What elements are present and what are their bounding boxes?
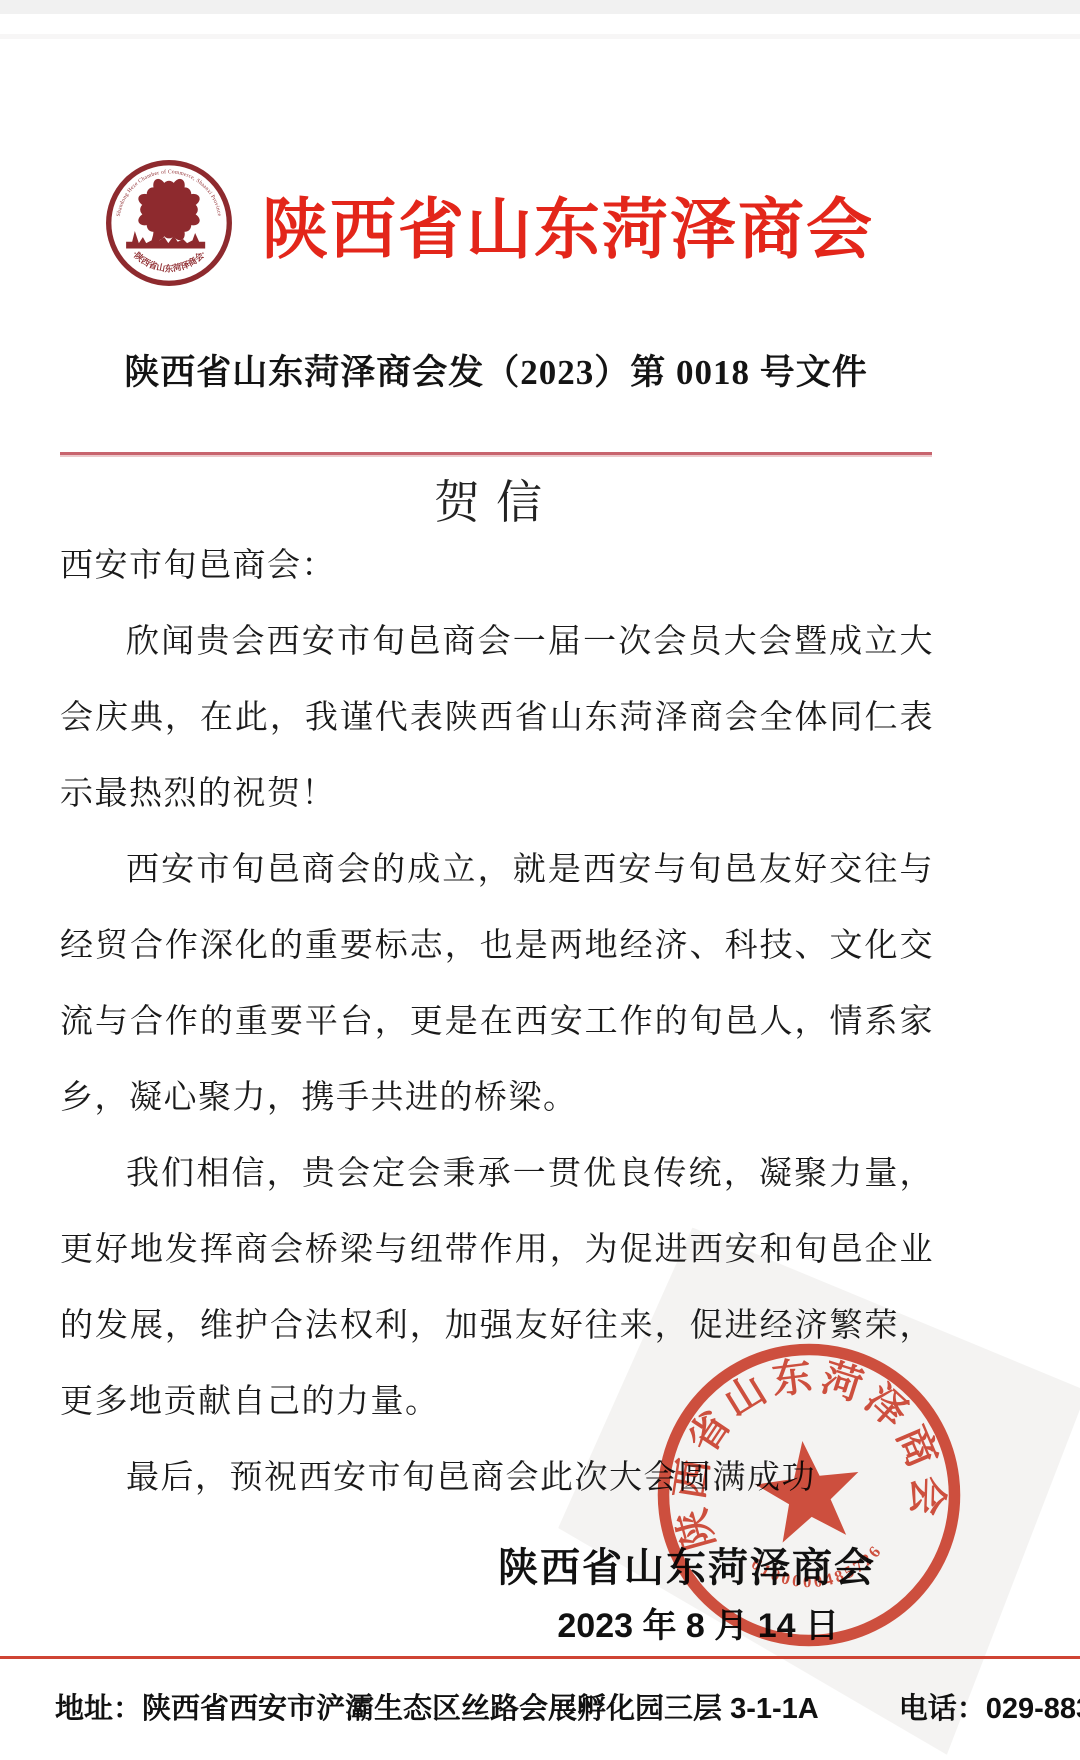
red-divider-top — [60, 452, 932, 455]
letter-page: { "logo": { "arc_text_en": "Shandong Hez… — [0, 0, 1080, 1760]
footer-phone: 电话：029-88353519 — [899, 1686, 1080, 1727]
paragraph-1: 欣闻贵会西安市旬邑商会一届一次会员大会暨成立大会庆典，在此，我谨代表陕西省山东菏… — [60, 604, 934, 832]
red-divider-bottom — [0, 1656, 1080, 1659]
salutation: 西安市旬邑商会： — [60, 528, 934, 604]
official-round-seal-icon: 陕西省山东菏泽商会 6100000485726 — [634, 1320, 984, 1670]
organization-title: 陕西省山东菏泽商会 — [262, 176, 874, 271]
document-number-line: 陕西省山东菏泽商会发（2023）第 0018 号文件 — [60, 345, 932, 395]
address-label: 地址： — [55, 1693, 142, 1725]
page-top-border-faint — [0, 34, 1080, 39]
footer-address: 地址：陕西省西安市浐灞生态区丝路会展孵化园三层 3-1-1A — [55, 1686, 819, 1727]
svg-text:6100000485726: 6100000485726 — [746, 1539, 890, 1599]
seal-registration-number: 6100000485726 — [746, 1539, 890, 1599]
phone-label: 电话： — [899, 1693, 986, 1725]
chamber-logo-emblem-icon: Shandong Heze Chamber of Commerce, Shaan… — [102, 156, 236, 290]
svg-text:·陕西省山东菏泽商会·: ·陕西省山东菏泽商会· — [130, 249, 207, 274]
letterhead: Shandong Heze Chamber of Commerce, Shaan… — [102, 156, 874, 290]
page-top-border — [0, 0, 1080, 14]
seal-star-icon — [751, 1435, 866, 1545]
phone-value: 029-88353519 — [986, 1693, 1080, 1725]
address-value: 陕西省西安市浐灞生态区丝路会展孵化园三层 3-1-1A — [142, 1693, 819, 1725]
paragraph-2: 西安市旬邑商会的成立，就是西安与旬邑友好交往与经贸合作深化的重要标志，也是两地经… — [60, 832, 934, 1136]
letter-title: 贺信 — [60, 466, 932, 532]
footer-contact-line: 地址：陕西省西安市浐灞生态区丝路会展孵化园三层 3-1-1A 电话：029-88… — [55, 1686, 1055, 1727]
logo-chinese-arc-text: ·陕西省山东菏泽商会· — [130, 249, 207, 274]
peony-flower-icon — [136, 177, 201, 242]
